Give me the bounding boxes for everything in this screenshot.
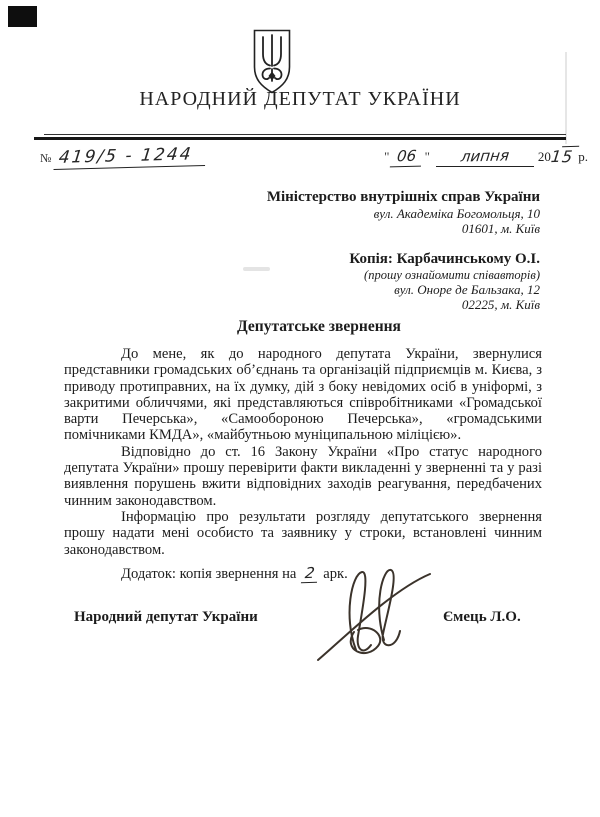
reference-number-label: № — [40, 151, 51, 168]
body-paragraph-1: До мене, як до народного депутата Україн… — [64, 346, 542, 444]
letter-body: До мене, як до народного депутата Україн… — [64, 346, 542, 558]
date-close-quote: " — [423, 149, 432, 167]
reference-number-value: 419/5 - 1244 — [54, 144, 208, 170]
reference-number: № 419/5 - 1244 — [40, 146, 207, 168]
date-year-digit-2: 5 — [560, 146, 580, 167]
scan-corner-blot — [8, 6, 37, 27]
reference-date: " 06 " липня 20 1 5 р. — [382, 146, 588, 167]
document-title: Депутатське звернення — [64, 318, 574, 336]
recipient-address-line2: 01601, м. Київ — [267, 221, 540, 236]
letterhead-rule-thick — [34, 137, 566, 140]
org-title: НАРОДНИЙ ДЕПУТАТ УКРАЇНИ — [0, 88, 600, 111]
recipient-address-line1: вул. Академіка Богомольця, 10 — [267, 206, 540, 221]
handwritten-signature-icon — [310, 560, 440, 668]
signer-name: Ємець Л.О. — [443, 609, 521, 626]
copy-note: (прошу ознайомити співавторів) — [349, 268, 540, 282]
date-year-label: р. — [578, 149, 588, 167]
copy-address-line2: 02225, м. Київ — [349, 297, 540, 312]
copy-block: Копія: Карбачинському О.І. (прошу ознайо… — [349, 250, 540, 312]
attachment-prefix: Додаток: копія звернення на — [121, 566, 296, 582]
body-paragraph-2: Відповідно до ст. 16 Закону України «Про… — [64, 444, 542, 509]
copy-name: Копія: Карбачинському О.І. — [349, 250, 540, 268]
signer-position: Народний депутат України — [74, 609, 258, 626]
date-day: 06 — [390, 147, 423, 168]
date-year-printed: 20 — [538, 149, 551, 167]
body-paragraph-3: Інформацію про результати розгляду депут… — [64, 509, 542, 558]
scan-smudge — [243, 267, 270, 271]
date-month-blank: липня — [436, 147, 534, 167]
letterhead-rule-thin — [44, 134, 566, 135]
date-month: липня — [460, 146, 510, 166]
tryzub-shield-icon — [252, 28, 292, 95]
copy-address-line1: вул. Оноре де Бальзака, 12 — [349, 282, 540, 297]
scanned-letter-page: НАРОДНИЙ ДЕПУТАТ УКРАЇНИ № 419/5 - 1244 … — [0, 0, 600, 817]
recipient-block: Міністерство внутрішніх справ України ву… — [267, 188, 540, 236]
recipient-name: Міністерство внутрішніх справ України — [267, 188, 540, 206]
